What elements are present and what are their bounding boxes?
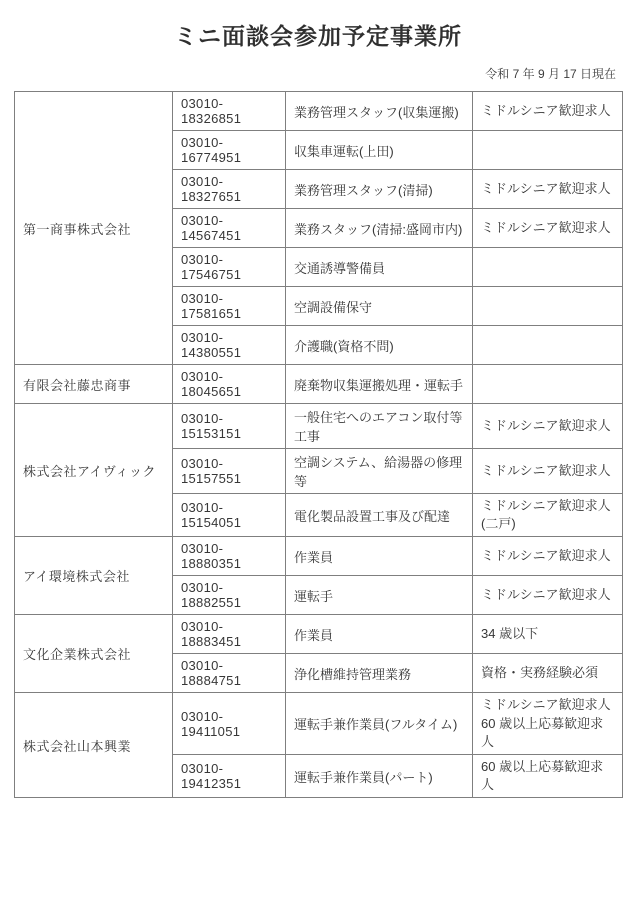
job-title-cell: 空調設備保守 [286,287,473,326]
job-title-cell: 交通誘導警備員 [286,248,473,287]
job-title-cell: 空調システム、給湯器の修理等 [286,449,473,494]
job-row: 株式会社アイヴィック03010-15153151一般住宅へのエアコン取付等工事ミ… [15,404,623,449]
date-label: 令和 7 年 9 月 17 日現在 [0,65,616,82]
job-note-cell [473,326,623,365]
job-number-cell: 03010-15154051 [173,494,286,537]
job-number-cell: 03010-19411051 [173,693,286,755]
job-number-cell: 03010-19412351 [173,754,286,797]
job-number-cell: 03010-14380551 [173,326,286,365]
job-note-cell [473,248,623,287]
company-name-cell: 株式会社山本興業 [15,693,173,798]
job-number-cell: 03010-16774951 [173,131,286,170]
job-title-cell: 浄化槽維持管理業務 [286,654,473,693]
job-title-cell: 運転手 [286,576,473,615]
job-note-cell: 資格・実務経験必須 [473,654,623,693]
job-title-cell: 業務管理スタッフ(清掃) [286,170,473,209]
company-name-cell: 第一商事株式会社 [15,92,173,365]
company-name-cell: 文化企業株式会社 [15,615,173,693]
job-note-cell: ミドルシニア歓迎求人 [473,92,623,131]
job-note-cell [473,131,623,170]
job-number-cell: 03010-18045651 [173,365,286,404]
company-name-cell: 有限会社藤忠商事 [15,365,173,404]
job-title-cell: 運転手兼作業員(フルタイム) [286,693,473,755]
job-note-cell: ミドルシニア歓迎求人 [473,537,623,576]
job-row: 第一商事株式会社03010-18326851業務管理スタッフ(収集運搬)ミドルシ… [15,92,623,131]
job-title-cell: 運転手兼作業員(パート) [286,754,473,797]
job-row: アイ環境株式会社03010-18880351作業員ミドルシニア歓迎求人 [15,537,623,576]
job-row: 有限会社藤忠商事03010-18045651廃棄物収集運搬処理・運転手 [15,365,623,404]
job-title-cell: 廃棄物収集運搬処理・運転手 [286,365,473,404]
job-number-cell: 03010-18880351 [173,537,286,576]
document-page: ミニ面談会参加予定事業所 令和 7 年 9 月 17 日現在 第一商事株式会社0… [0,0,636,900]
job-note-cell: 60 歳以上応募歓迎求人 [473,754,623,797]
job-title-cell: 作業員 [286,537,473,576]
job-number-cell: 03010-15157551 [173,449,286,494]
job-note-cell: ミドルシニア歓迎求人 [473,404,623,449]
job-number-cell: 03010-18327651 [173,170,286,209]
company-name-cell: 株式会社アイヴィック [15,404,173,537]
job-note-cell: ミドルシニア歓迎求人(二戸) [473,494,623,537]
job-number-cell: 03010-17581651 [173,287,286,326]
job-note-cell: ミドルシニア歓迎求人 [473,576,623,615]
job-row: 文化企業株式会社03010-18883451作業員34 歳以下 [15,615,623,654]
job-title-cell: 収集車運転(上田) [286,131,473,170]
job-note-cell: ミドルシニア歓迎求人 [473,170,623,209]
page-title: ミニ面談会参加予定事業所 [0,0,636,51]
job-title-cell: 電化製品設置工事及び配達 [286,494,473,537]
job-number-cell: 03010-18883451 [173,615,286,654]
job-number-cell: 03010-18326851 [173,92,286,131]
job-note-cell: ミドルシニア歓迎求人 60 歳以上応募歓迎求人 [473,693,623,755]
job-note-cell: ミドルシニア歓迎求人 [473,209,623,248]
job-title-cell: 業務スタッフ(清掃:盛岡市内) [286,209,473,248]
job-number-cell: 03010-18884751 [173,654,286,693]
job-note-cell: ミドルシニア歓迎求人 [473,449,623,494]
job-title-cell: 介護職(資格不問) [286,326,473,365]
job-title-cell: 作業員 [286,615,473,654]
job-note-cell: 34 歳以下 [473,615,623,654]
job-title-cell: 業務管理スタッフ(収集運搬) [286,92,473,131]
jobs-table-body: 第一商事株式会社03010-18326851業務管理スタッフ(収集運搬)ミドルシ… [15,92,623,798]
job-note-cell [473,287,623,326]
job-number-cell: 03010-14567451 [173,209,286,248]
job-number-cell: 03010-15153151 [173,404,286,449]
job-row: 株式会社山本興業03010-19411051運転手兼作業員(フルタイム)ミドルシ… [15,693,623,755]
job-title-cell: 一般住宅へのエアコン取付等工事 [286,404,473,449]
company-name-cell: アイ環境株式会社 [15,537,173,615]
job-note-cell [473,365,623,404]
job-number-cell: 03010-17546751 [173,248,286,287]
jobs-table: 第一商事株式会社03010-18326851業務管理スタッフ(収集運搬)ミドルシ… [14,91,623,798]
job-number-cell: 03010-18882551 [173,576,286,615]
